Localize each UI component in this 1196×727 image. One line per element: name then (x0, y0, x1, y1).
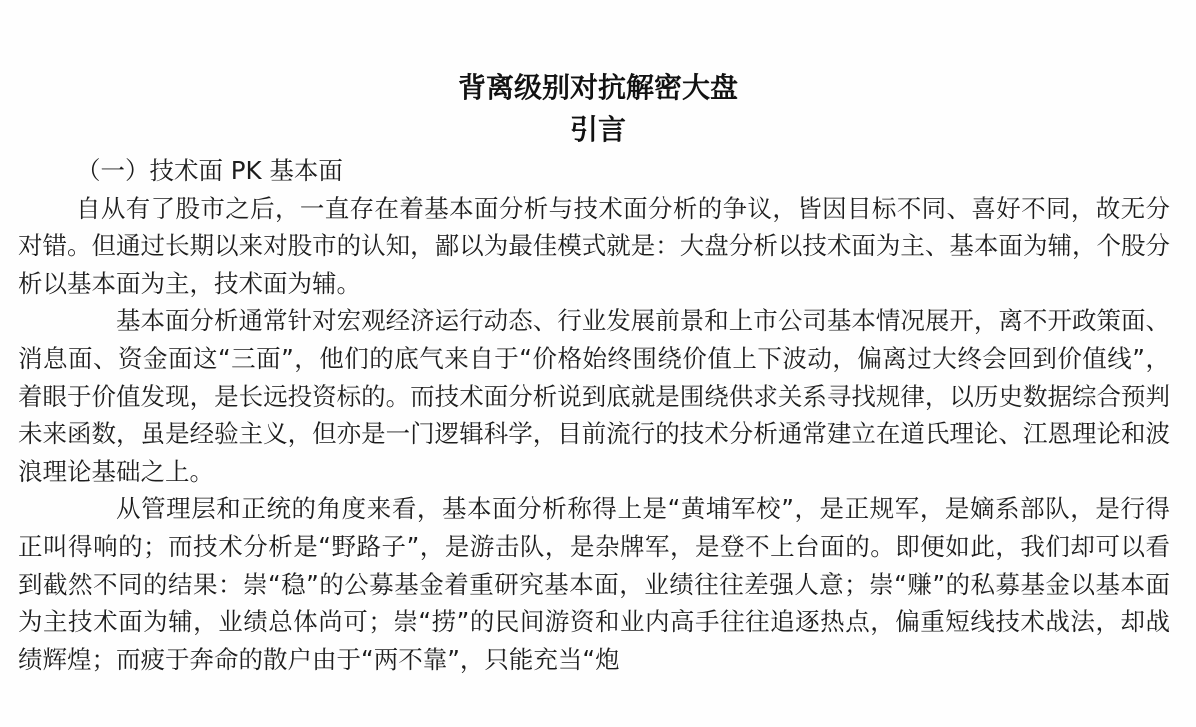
paragraph-1: 自从有了股市之后，一直存在着基本面分析与技术面分析的争议，皆因目标不同、喜好不同… (18, 190, 1170, 303)
document-page: 背离级别对抗解密大盘 引言 （一）技术面 PK 基本面 自从有了股市之后，一直存… (0, 0, 1196, 727)
paragraph-3: 从管理层和正统的角度来看，基本面分析称得上是“黄埔军校”，是正规军，是嫡系部队，… (18, 490, 1170, 678)
document-body: （一）技术面 PK 基本面 自从有了股市之后，一直存在着基本面分析与技术面分析的… (18, 152, 1170, 678)
paragraph-2: 基本面分析通常针对宏观经济运行动态、行业发展前景和上市公司基本情况展开，离不开政… (18, 302, 1170, 490)
section-heading: （一）技术面 PK 基本面 (18, 152, 1170, 190)
document-subtitle: 引言 (0, 112, 1196, 148)
document-title: 背离级别对抗解密大盘 (0, 70, 1196, 106)
